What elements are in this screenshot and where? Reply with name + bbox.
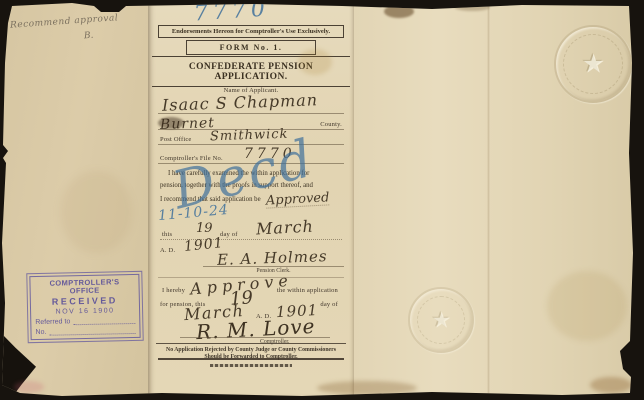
stamp-referred-label: Referred to [35, 318, 70, 326]
this-label: this [162, 231, 172, 238]
stain [317, 381, 417, 395]
stamp-number-label: No. [35, 329, 46, 336]
seal-inner-ring [417, 296, 465, 344]
scanned-pension-document: Recommend approval B. COMPTROLLER'S OFFI… [0, 0, 644, 400]
pension-clerk-signature-row: E. A. Holmes [203, 249, 344, 267]
stamp-referred-line: Referred to [35, 317, 135, 326]
stamp-number-blank [49, 327, 135, 336]
stain [384, 5, 414, 18]
stain [14, 381, 44, 393]
post-office-label: Post Office [160, 136, 192, 143]
stain [298, 49, 332, 75]
recommend-day-value: 19 [196, 221, 213, 236]
embossed-state-seal-top: ★ [554, 25, 632, 103]
embossed-state-seal-bottom: ★ [408, 287, 474, 353]
fold-crease [487, 3, 490, 397]
seal-inner-ring [563, 34, 623, 94]
rejection-note-line1: No Application Rejected by County Judge … [156, 347, 346, 354]
stain [590, 377, 632, 393]
county-label: County. [320, 121, 342, 128]
stamp-office-line: COMPTROLLER'S OFFICE [34, 278, 134, 295]
ink-smudge [158, 117, 184, 129]
recommend-date-row: this 19 day of March [160, 223, 342, 240]
pencil-note: Recommend approval [10, 13, 119, 31]
applicant-name-row: Isaac S Chapman [158, 93, 344, 114]
comptroller-signature-line [180, 337, 330, 338]
stamp-received-line: RECEIVED [35, 296, 135, 307]
footer-rule [158, 358, 344, 360]
comptroller-signature: R. M. Love [195, 314, 316, 344]
printer-imprint [210, 364, 292, 367]
recommend-month-value: March [256, 216, 315, 238]
received-stamp: COMPTROLLER'S OFFICE RECEIVED NOV 16 190… [29, 274, 140, 340]
stain [547, 271, 627, 341]
form-number: FORM No. 1. [186, 40, 316, 55]
stamp-date-line: NOV 16 1900 [35, 307, 135, 316]
stamp-number-line: No. [35, 327, 135, 336]
paper-sheet: Recommend approval B. COMPTROLLER'S OFFI… [2, 3, 633, 397]
ad-label: A. D. [160, 247, 175, 254]
applicant-name-value: Isaac S Chapman [162, 90, 319, 114]
file-number-annotation: 7770 [193, 0, 271, 27]
endorsement-notice: Endorsements Hereon for Comptroller's Us… [158, 25, 344, 38]
pension-clerk-signature: E. A. Holmes [217, 247, 328, 269]
pencil-initial: B. [84, 31, 94, 42]
hereby-label: I hereby [162, 287, 185, 294]
stain [60, 171, 132, 253]
stain [454, 3, 490, 11]
stamp-referred-blank [73, 317, 135, 325]
